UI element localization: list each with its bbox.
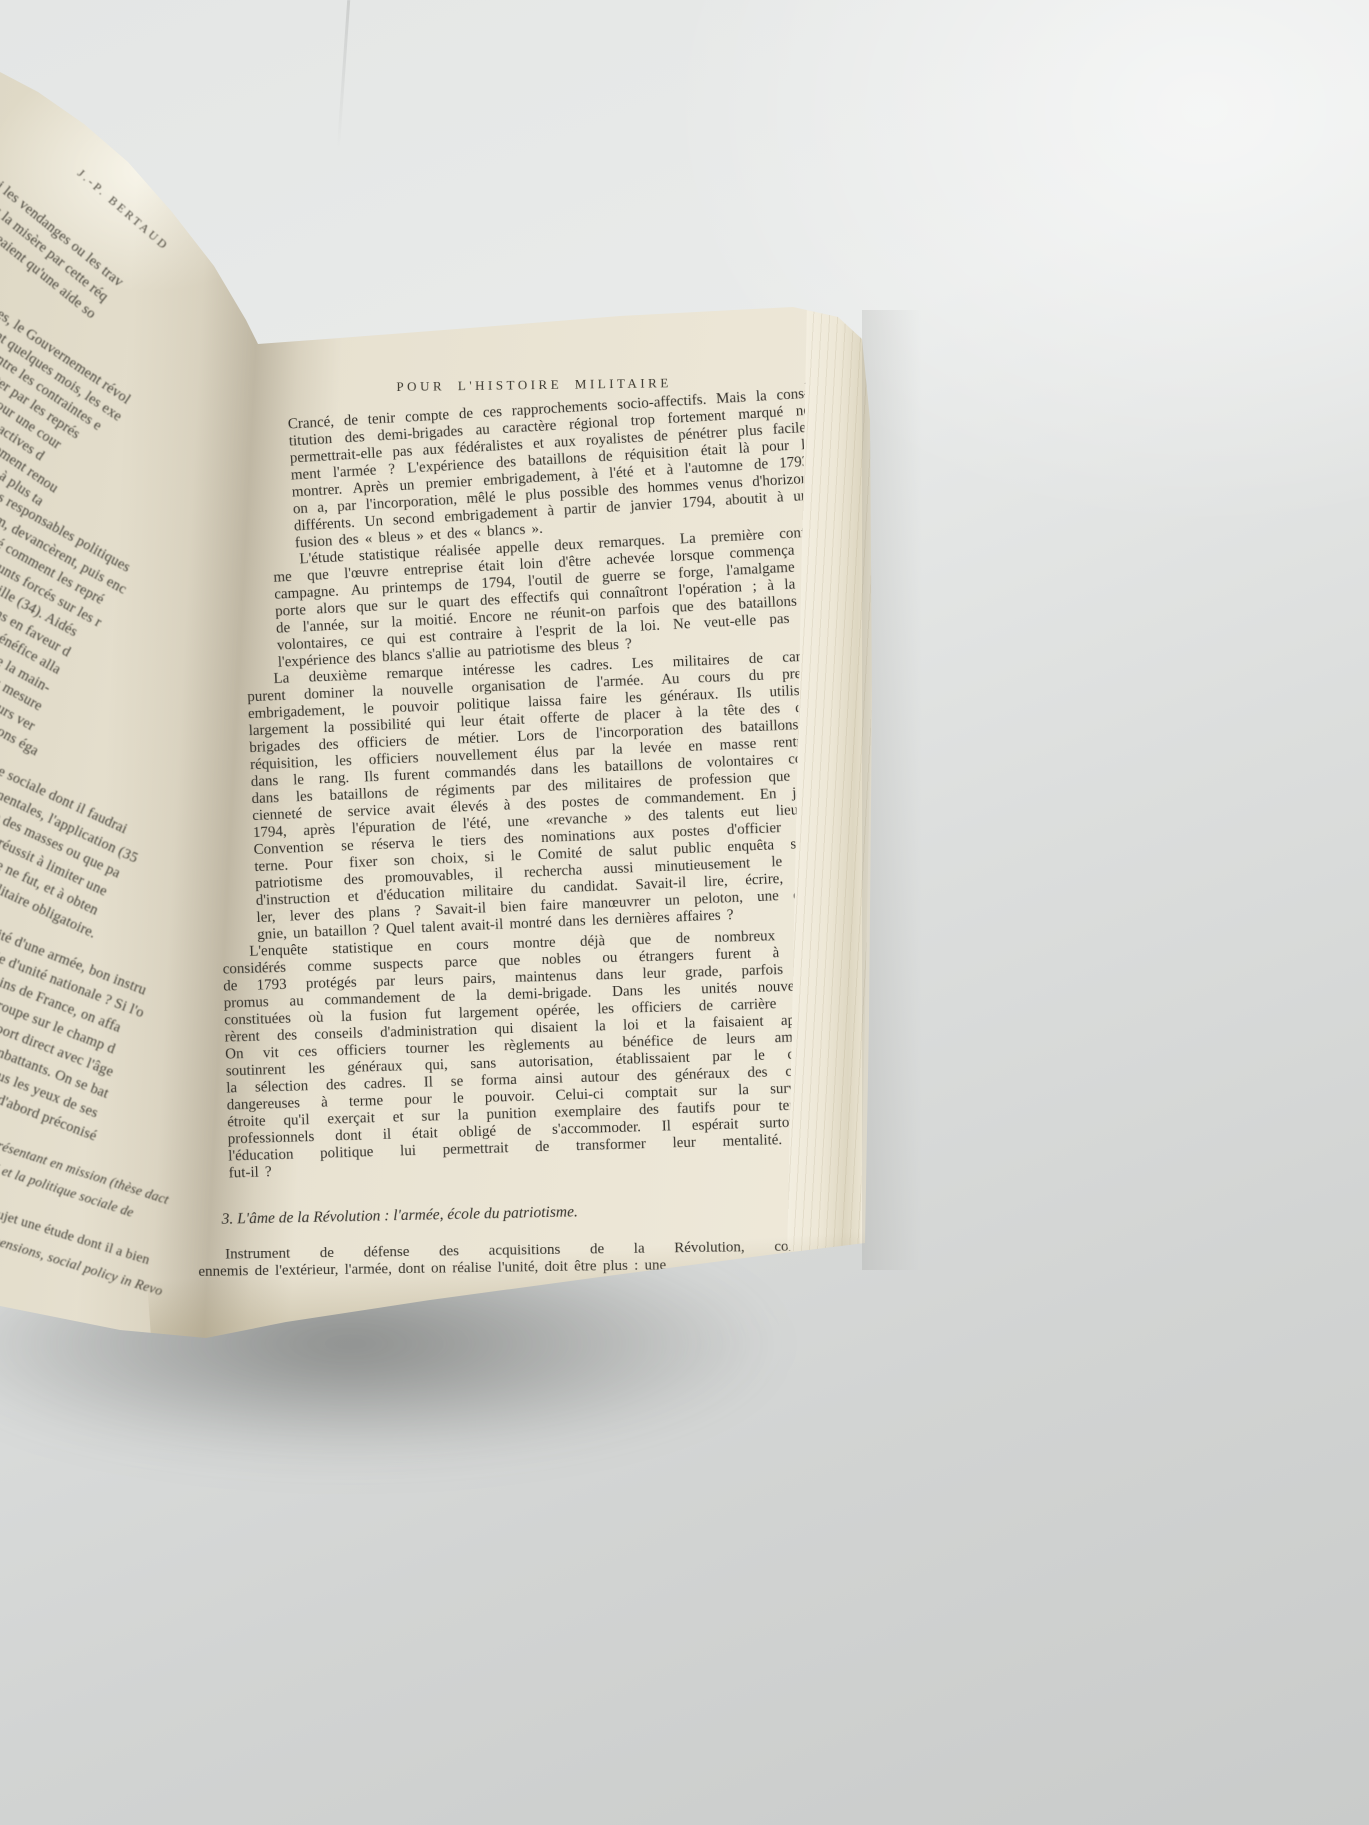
edge-shade	[862, 310, 922, 1270]
wall-crease	[337, 0, 350, 150]
paragraph: La deuxième remarque intéresse les cadre…	[246, 648, 839, 944]
paragraph: Crancé, de tenir compte de ces rapproche…	[287, 386, 816, 553]
right-page: POUR L'HISTOIRE MILITAIRE 197 Crancé, de…	[184, 373, 860, 1281]
paragraph: L'enquête statistique en cours montre dé…	[222, 926, 845, 1182]
section-heading: 3. L'âme de la Révolution : l'armée, éco…	[222, 1198, 842, 1229]
book-photo: J.-P. BERTAUD nt ainsi les vendanges ou …	[0, 0, 1369, 1825]
open-book: J.-P. BERTAUD nt ainsi les vendanges ou …	[0, 0, 1369, 1825]
